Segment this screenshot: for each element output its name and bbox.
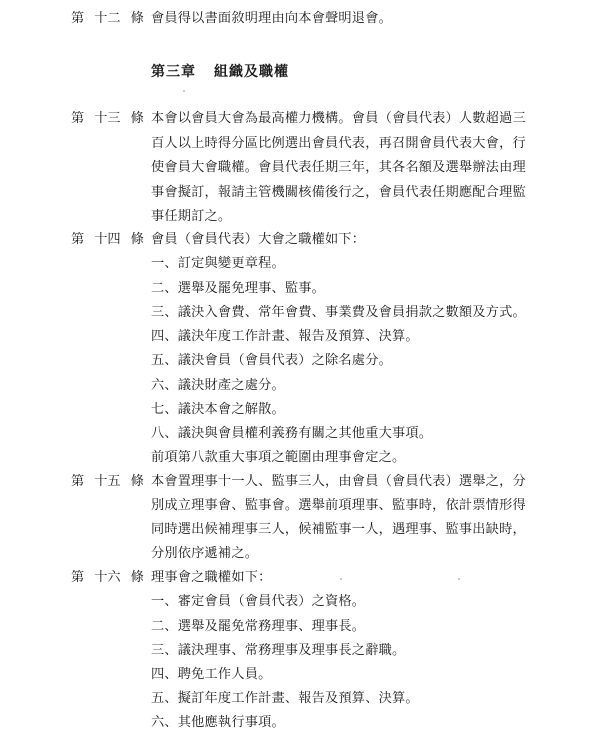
article-16-item-6: 六、其他應執行事項。 (151, 715, 285, 731)
chapter-number: 第三章 (151, 64, 196, 80)
article-15-line-4: 分別依序遞補之。 (151, 546, 258, 562)
article-14-label: 第十四條 (71, 232, 144, 248)
article-13-line-5: 事任期訂之。 (151, 209, 231, 225)
article-14-item-6: 六、議決財產之處分。 (151, 378, 285, 394)
article-16-line-1: 理事會之職權如下： (151, 570, 272, 586)
scan-speck (340, 578, 342, 580)
chapter-title: 組織及職權 (214, 64, 289, 80)
article-14-line-1: 會員（會員代表）大會之職權如下： (151, 232, 365, 248)
article-14-item-8: 八、議決與會員權利義務有關之其他重大事項。 (151, 426, 432, 442)
article-14-item-7: 七、議決本會之解散。 (151, 402, 285, 418)
article-14-item-2: 二、選舉及罷免理事、監事。 (151, 281, 325, 297)
scan-speck (183, 90, 185, 92)
article-15-line-2: 別成立理事會、監事會。選舉前項理事、監事時，依計票情形得 (151, 498, 526, 514)
article-13-line-1: 本會以會員大會為最高權力機構。會員（會員代表）人數超過三 (151, 111, 526, 127)
article-14-item-5: 五、議決會員（會員代表）之除名處分。 (151, 353, 392, 369)
article-16-item-4: 四、聘免工作人員。 (151, 667, 272, 683)
article-12-label: 第十二條 (71, 11, 144, 27)
chapter-heading: 第三章組織及職權 (151, 63, 289, 81)
article-14-item-3: 三、議決入會費、常年會費、事業費及會員捐款之數額及方式。 (151, 305, 526, 321)
article-16-item-5: 五、擬訂年度工作計畫、報告及預算、決算。 (151, 691, 419, 707)
article-13-line-2: 百人以上時得分區比例選出會員代表，再召開會員代表大會，行 (151, 136, 526, 152)
article-12-text: 會員得以書面敘明理由向本會聲明退會。 (151, 11, 392, 27)
article-14-item-1: 一、訂定與變更章程。 (151, 256, 285, 272)
article-13-line-4: 事會擬訂，報請主管機關核備後行之，會員代表任期應配合理監 (151, 185, 526, 201)
document-page: 第十二條 會員得以書面敘明理由向本會聲明退會。 第三章組織及職權 第十三條 本會… (0, 0, 600, 741)
article-16-label: 第十六條 (71, 570, 144, 586)
article-14-note: 前項第八款重大事項之範圍由理事會定之。 (151, 450, 405, 466)
article-15-line-3: 同時選出候補理事三人，候補監事一人，遇理事、監事出缺時， (151, 522, 526, 538)
article-15-line-1: 本會置理事十一人、監事三人，由會員（會員代表）選舉之，分 (151, 474, 526, 490)
scan-speck (458, 578, 460, 580)
article-13-line-3: 使會員大會職權。會員代表任期三年，其各名額及選舉辦法由理 (151, 160, 526, 176)
article-14-item-4: 四、議決年度工作計畫、報告及預算、決算。 (151, 329, 419, 345)
article-16-item-3: 三、議決理事、常務理事及理事長之辭職。 (151, 643, 405, 659)
article-15-label: 第十五條 (71, 474, 144, 490)
article-16-item-1: 一、審定會員（會員代表）之資格。 (151, 594, 365, 610)
article-16-item-2: 二、選舉及罷免常務理事、理事長。 (151, 619, 365, 635)
article-13-label: 第十三條 (71, 111, 144, 127)
